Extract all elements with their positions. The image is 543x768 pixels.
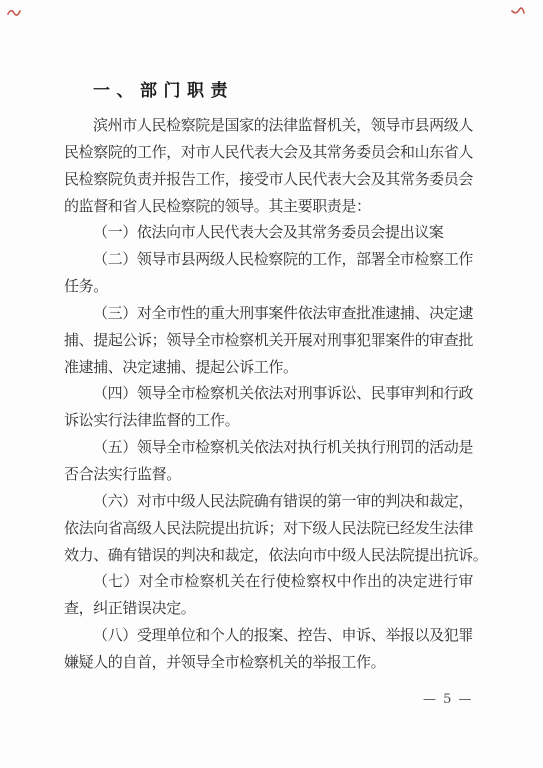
body-line: 准逮捕、决定逮捕、提起公诉工作。	[64, 354, 473, 381]
body-paragraph: （三）对全市性的重大刑事案件依法审查批准逮捕、决定逮 捕、提起公诉；领导全市检察…	[64, 300, 473, 381]
body-line: 嫌疑人的自首，并领导全市检察机关的举报工作。	[64, 649, 473, 676]
body-paragraph: （八）受理单位和个人的报案、控告、申诉、举报以及犯罪 嫌疑人的自首，并领导全市检…	[64, 622, 473, 676]
body-line: 否合法实行监督。	[64, 461, 473, 488]
body-paragraph: （二）领导市县两级人民检察院的工作，部署全市检察工作 任务。	[64, 246, 473, 300]
body-line: 民检察院的工作，对市人民代表大会及其常务委员会和山东省人	[64, 139, 473, 166]
page-number: — 5 —	[423, 692, 473, 707]
body-line: 的监督和省人民检察院的领导。其主要职责是：	[64, 193, 473, 220]
body-paragraph: 滨州市人民检察院是国家的法律监督机关，领导市县两级人 民检察院的工作，对市人民代…	[64, 112, 473, 219]
body-paragraph: （四）领导全市检察机关依法对刑事诉讼、民事审判和行政 诉讼实行法律监督的工作。	[64, 380, 473, 434]
body-line: 诉讼实行法律监督的工作。	[64, 407, 473, 434]
body-line: （五）领导全市检察机关依法对执行机关执行刑罚的活动是	[64, 434, 473, 461]
body-line: 民检察院负责并报告工作，接受市人民代表大会及其常务委员会	[64, 166, 473, 193]
document-page: 一、部门职责 滨州市人民检察院是国家的法律监督机关，领导市县两级人 民检察院的工…	[0, 0, 543, 768]
body-line: （八）受理单位和个人的报案、控告、申诉、举报以及犯罪	[64, 622, 473, 649]
body-paragraph: （一）依法向市人民代表大会及其常务委员会提出议案	[64, 219, 473, 246]
red-pen-mark-icon	[7, 2, 21, 21]
red-pen-mark-icon	[511, 2, 525, 21]
body-line: 效力、确有错误的判决和裁定，依法向市中级人民法院提出抗诉。	[64, 542, 473, 569]
body-paragraph: （七）对全市检察机关在行使检察权中作出的决定进行审 查，纠正错误决定。	[64, 568, 473, 622]
body-paragraph: （五）领导全市检察机关依法对执行机关执行刑罚的活动是 否合法实行监督。	[64, 434, 473, 488]
body-line: 依法向省高级人民法院提出抗诉；对下级人民法院已经发生法律	[64, 515, 473, 542]
body-paragraph: （六）对市中级人民法院确有错误的第一审的判决和裁定， 依法向省高级人民法院提出抗…	[64, 488, 473, 569]
body-line: 任务。	[64, 273, 473, 300]
document-body: 一、部门职责 滨州市人民检察院是国家的法律监督机关，领导市县两级人 民检察院的工…	[64, 82, 473, 676]
section-heading: 一、部门职责	[93, 82, 473, 100]
body-line: 查，纠正错误决定。	[64, 595, 473, 622]
body-line: （三）对全市性的重大刑事案件依法审查批准逮捕、决定逮	[64, 300, 473, 327]
body-line: （七）对全市检察机关在行使检察权中作出的决定进行审	[64, 568, 473, 595]
body-line: （二）领导市县两级人民检察院的工作，部署全市检察工作	[64, 246, 473, 273]
body-line: 滨州市人民检察院是国家的法律监督机关，领导市县两级人	[64, 112, 473, 139]
body-line: （六）对市中级人民法院确有错误的第一审的判决和裁定，	[64, 488, 473, 515]
body-line: 捕、提起公诉；领导全市检察机关开展对刑事犯罪案件的审查批	[64, 327, 473, 354]
body-line: （一）依法向市人民代表大会及其常务委员会提出议案	[64, 219, 473, 246]
body-line: （四）领导全市检察机关依法对刑事诉讼、民事审判和行政	[64, 380, 473, 407]
